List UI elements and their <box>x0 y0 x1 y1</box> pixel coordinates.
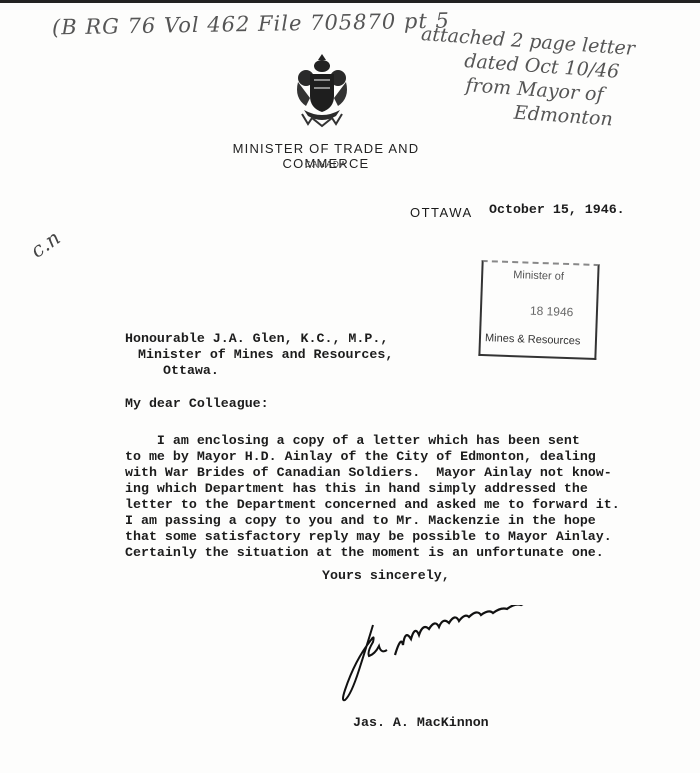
signature-icon <box>333 605 663 705</box>
signer-name: Jas. A. MacKinnon <box>353 714 489 731</box>
salutation: My dear Colleague: <box>125 395 269 412</box>
margin-mark-handwritten: c.n <box>26 225 65 262</box>
body-line: that some satisfactory reply may be poss… <box>125 528 612 545</box>
body-line: Certainly the situation at the moment is… <box>125 544 604 561</box>
body-line: ing which Department has this in hand si… <box>125 480 588 497</box>
received-stamp: Minister of 18 1946 Mines & Resources <box>478 260 599 360</box>
body-line: I am passing a copy to you and to Mr. Ma… <box>125 512 596 529</box>
coat-of-arms-icon <box>292 52 352 130</box>
recipient-name: Honourable J.A. Glen, K.C., M.P., <box>125 330 388 347</box>
country-label: CANADA <box>193 160 459 169</box>
letter-date: October 15, 1946. <box>489 201 625 218</box>
stamp-date: 18 1946 <box>530 304 574 320</box>
recipient-city: Ottawa. <box>163 362 219 379</box>
stamp-line: Minister of <box>513 269 564 283</box>
closing: Yours sincerely, <box>322 567 450 584</box>
recipient-title: Minister of Mines and Resources, <box>138 346 393 363</box>
archive-reference-handwritten: (B RG 76 Vol 462 File 705870 pt 5 <box>52 9 450 40</box>
handwritten-note: attached 2 page letter dated Oct 10/46 f… <box>415 22 635 133</box>
dateline-place: OTTAWA <box>410 205 473 220</box>
body-line: with War Brides of Canadian Soldiers. Ma… <box>125 464 612 481</box>
body-line: to me by Mayor H.D. Ainlay of the City o… <box>125 448 596 465</box>
body-line: I am enclosing a copy of a letter which … <box>125 432 580 449</box>
body-line: letter to the Department concerned and a… <box>125 496 620 513</box>
stamp-department: Mines & Resources <box>485 332 581 347</box>
page-top-edge <box>0 0 700 3</box>
